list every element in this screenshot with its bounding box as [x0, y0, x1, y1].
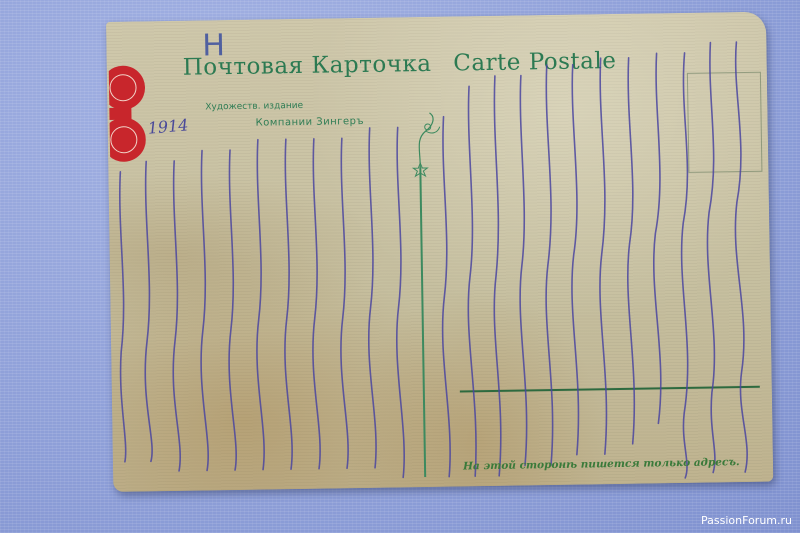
handwritten-marker: Н: [202, 28, 225, 63]
postcard-title: Почтовая Карточка Carte Postale: [183, 48, 617, 81]
singer-company-seal-icon: [109, 61, 147, 166]
publisher-line-1: Художеств. издание: [205, 101, 303, 113]
title-french: Carte Postale: [453, 48, 616, 77]
floral-ornament-icon: [405, 109, 446, 180]
handwritten-year: 1914: [147, 115, 189, 137]
publisher-line-2: Компании Зингеръ: [256, 116, 365, 129]
watermark: PassionForum.ru: [701, 514, 792, 527]
address-line: [460, 386, 760, 393]
handwritten-text: [106, 12, 773, 492]
address-side-note: На этой сторонѣ пишется только адресъ.: [463, 456, 740, 472]
center-divider-line: [419, 167, 426, 477]
postcard: Почтовая Карточка Carte Postale Художест…: [106, 12, 773, 492]
stamp-box: [687, 72, 763, 173]
